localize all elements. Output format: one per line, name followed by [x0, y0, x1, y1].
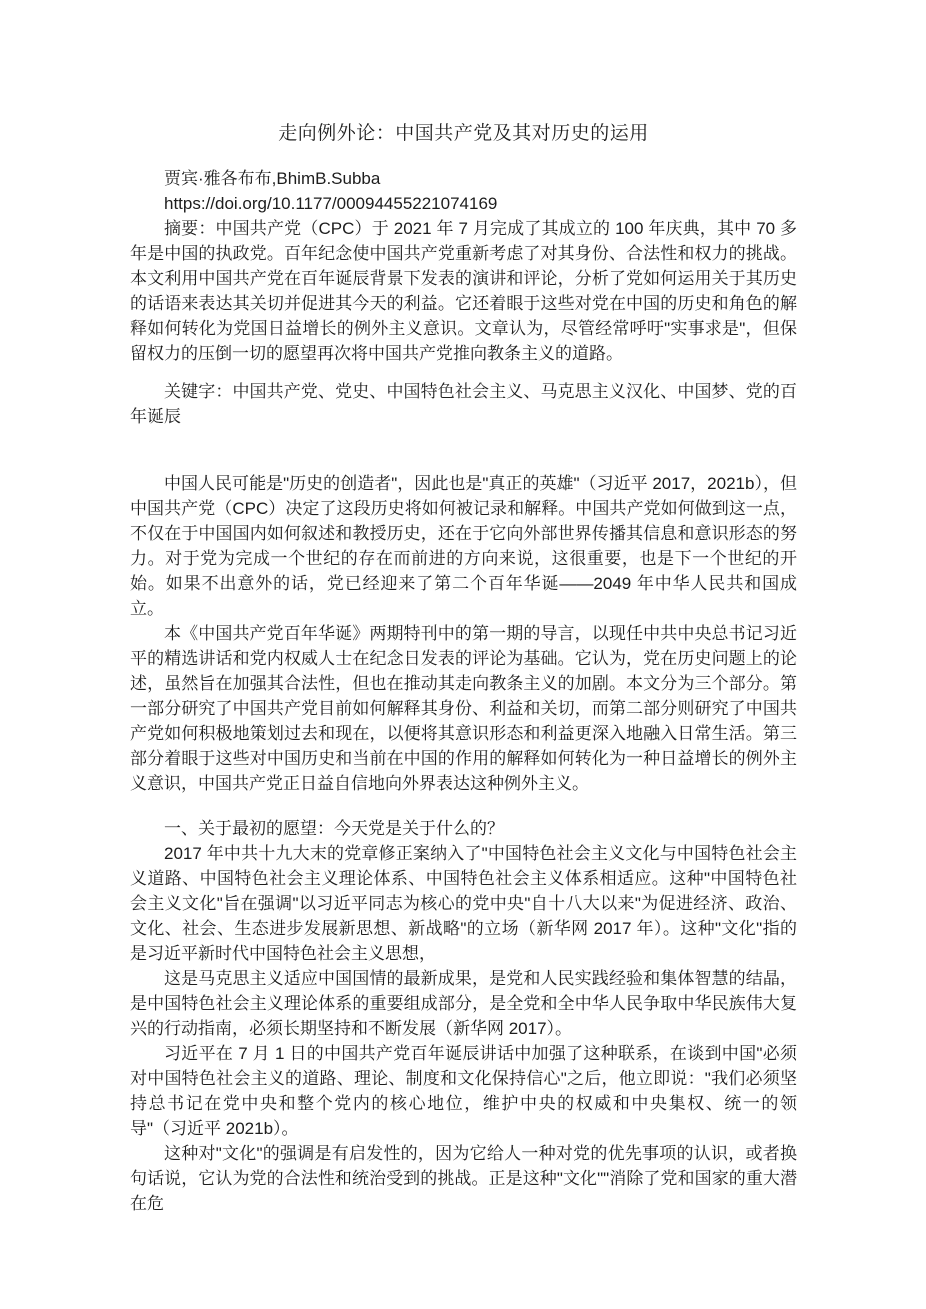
section-heading: 一、关于最初的愿望：今天党是关于什么的？: [130, 816, 797, 841]
document-content: 走向例外论：中国共产党及其对历史的运用 贾宾·雅各布布,BhimB.Subba …: [130, 120, 797, 1216]
body-paragraph: 习近平在 7 月 1 日的中国共产党百年诞辰讲话中加强了这种联系，在谈到中国"必…: [130, 1041, 797, 1141]
page-title: 走向例外论：中国共产党及其对历史的运用: [130, 120, 797, 148]
author-line: 贾宾·雅各布布,BhimB.Subba: [130, 166, 797, 191]
keywords-paragraph: 关键字：中国共产党、党史、中国特色社会主义、马克思主义汉化、中国梦、党的百年诞辰: [130, 379, 797, 429]
body-paragraph: 中国人民可能是"历史的创造者"，因此也是"真正的英雄"（习近平 2017，202…: [130, 471, 797, 621]
doi-text: https://doi.org/10.1177/0009445522107416…: [130, 191, 797, 216]
body-paragraph: 这种对"文化"的强调是有启发性的，因为它给人一种对党的优先事项的认识，或者换句话…: [130, 1141, 797, 1216]
body-paragraph: 本《中国共产党百年华诞》两期特刊中的第一期的导言，以现任中共中央总书记习近平的精…: [130, 621, 797, 796]
document-page: 走向例外论：中国共产党及其对历史的运用 贾宾·雅各布布,BhimB.Subba …: [0, 0, 926, 1309]
body-paragraph: 这是马克思主义适应中国国情的最新成果，是党和人民实践经验和集体智慧的结晶，是中国…: [130, 966, 797, 1041]
body-paragraph: 2017 年中共十九大末的党章修正案纳入了"中国特色社会主义文化与中国特色社会主…: [130, 841, 797, 966]
abstract-paragraph: 摘要：中国共产党（CPC）于 2021 年 7 月完成了其成立的 100 年庆典…: [130, 216, 797, 366]
